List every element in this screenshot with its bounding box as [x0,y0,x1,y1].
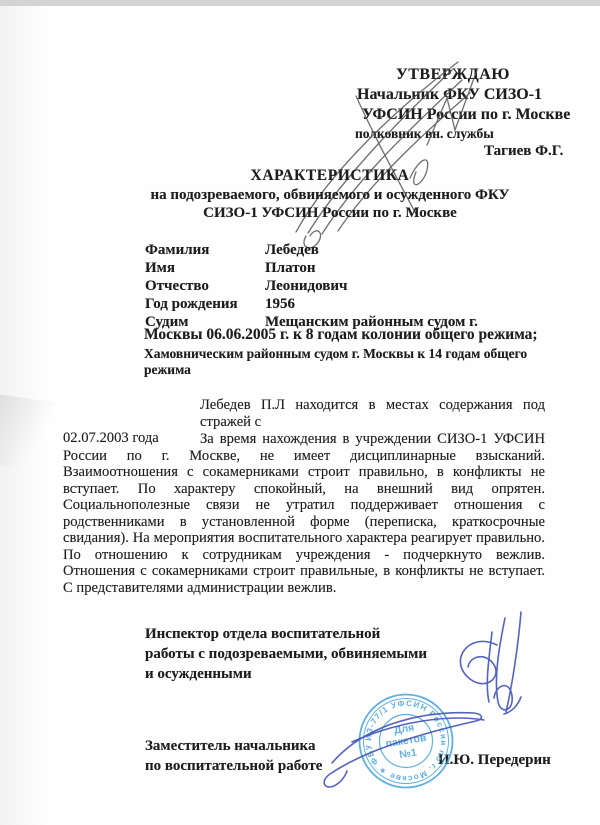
scanned-document-page: УТВЕРЖДАЮ Начальник ФКУ СИЗО-1 УФСИН Рос… [0,0,600,825]
deputy-signature [0,0,600,825]
